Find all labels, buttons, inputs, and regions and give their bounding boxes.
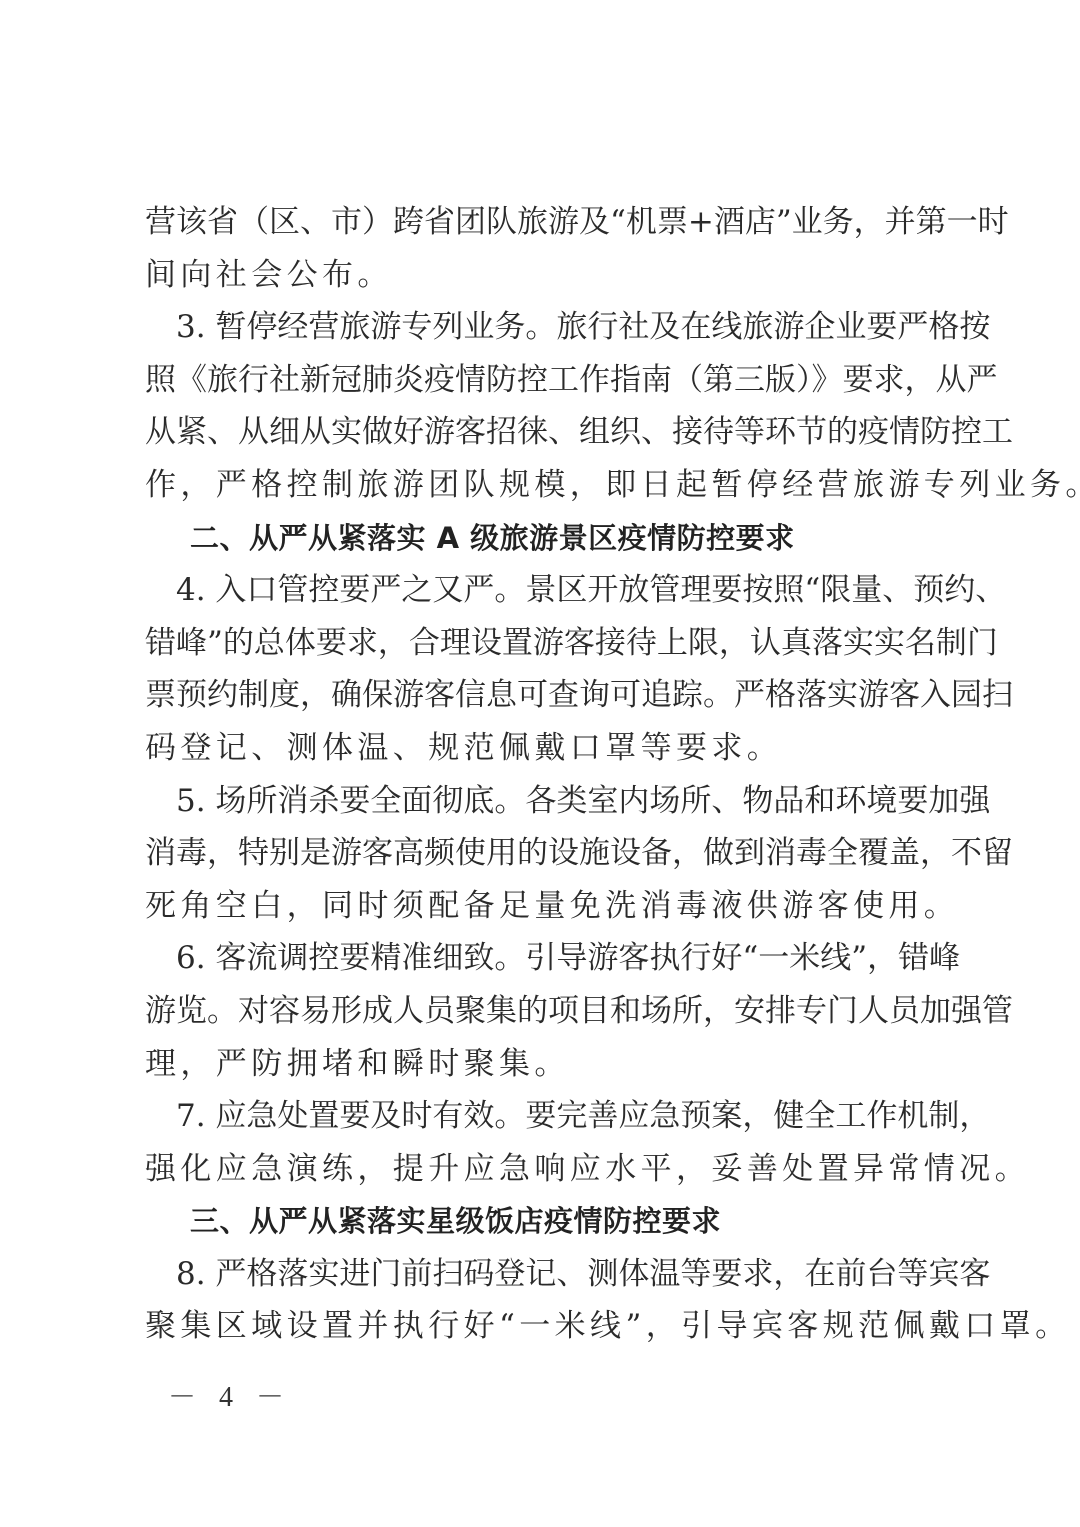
paragraph-line: 错峰”的总体要求，合理设置游客接待上限，认真落实实名制门 <box>145 617 950 670</box>
paragraph-line: 照《旅行社新冠肺炎疫情防控工作指南（第三版）》要求，从严 <box>145 354 950 407</box>
paragraph-line: 票预约制度，确保游客信息可查询可追踪。严格落实游客入园扫 <box>145 669 950 722</box>
paragraph-line: 游览。对容易形成人员聚集的项目和场所，安排专门人员加强管 <box>145 985 950 1038</box>
paragraph-line: 间向社会公布。 <box>145 249 950 302</box>
paragraph-line: 6. 客流调控要精准细致。引导游客执行好“一米线”，错峰 <box>145 932 950 985</box>
paragraph-line: 营该省（区、市）跨省团队旅游及“机票+酒店”业务，并第一时 <box>145 196 950 249</box>
paragraph-line: 强化应急演练，提升应急响应水平，妥善处置异常情况。 <box>145 1143 950 1196</box>
paragraph-line: 8. 严格落实进门前扫码登记、测体温等要求，在前台等宾客 <box>145 1248 950 1301</box>
paragraph-line: 4. 入口管控要严之又严。景区开放管理要按照“限量、预约、 <box>145 564 950 617</box>
section-heading: 三、从严从紧落实星级饭店疫情防控要求 <box>145 1195 950 1248</box>
paragraph-line: 7. 应急处置要及时有效。要完善应急预案，健全工作机制， <box>145 1090 950 1143</box>
section-heading: 二、从严从紧落实 A 级旅游景区疫情防控要求 <box>145 512 950 565</box>
paragraph-line: 5. 场所消杀要全面彻底。各类室内场所、物品和环境要加强 <box>145 775 950 828</box>
page-number: － 4 － <box>168 1375 292 1415</box>
paragraph-line: 码登记、测体温、规范佩戴口罩等要求。 <box>145 722 950 775</box>
paragraph-line: 理，严防拥堵和瞬时聚集。 <box>145 1038 950 1091</box>
document-page: 营该省（区、市）跨省团队旅游及“机票+酒店”业务，并第一时 间向社会公布。 3.… <box>0 0 1080 1527</box>
paragraph-line: 聚集区域设置并执行好“一米线”，引导宾客规范佩戴口罩。 <box>145 1300 950 1353</box>
paragraph-line: 死角空白，同时须配备足量免洗消毒液供游客使用。 <box>145 880 950 933</box>
paragraph-line: 消毒，特别是游客高频使用的设施设备，做到消毒全覆盖，不留 <box>145 827 950 880</box>
paragraph-line: 3. 暂停经营旅游专列业务。旅行社及在线旅游企业要严格按 <box>145 301 950 354</box>
document-body: 营该省（区、市）跨省团队旅游及“机票+酒店”业务，并第一时 间向社会公布。 3.… <box>145 196 950 1353</box>
paragraph-line: 作，严格控制旅游团队规模，即日起暂停经营旅游专列业务。 <box>145 459 950 512</box>
paragraph-line: 从紧、从细从实做好游客招徕、组织、接待等环节的疫情防控工 <box>145 406 950 459</box>
